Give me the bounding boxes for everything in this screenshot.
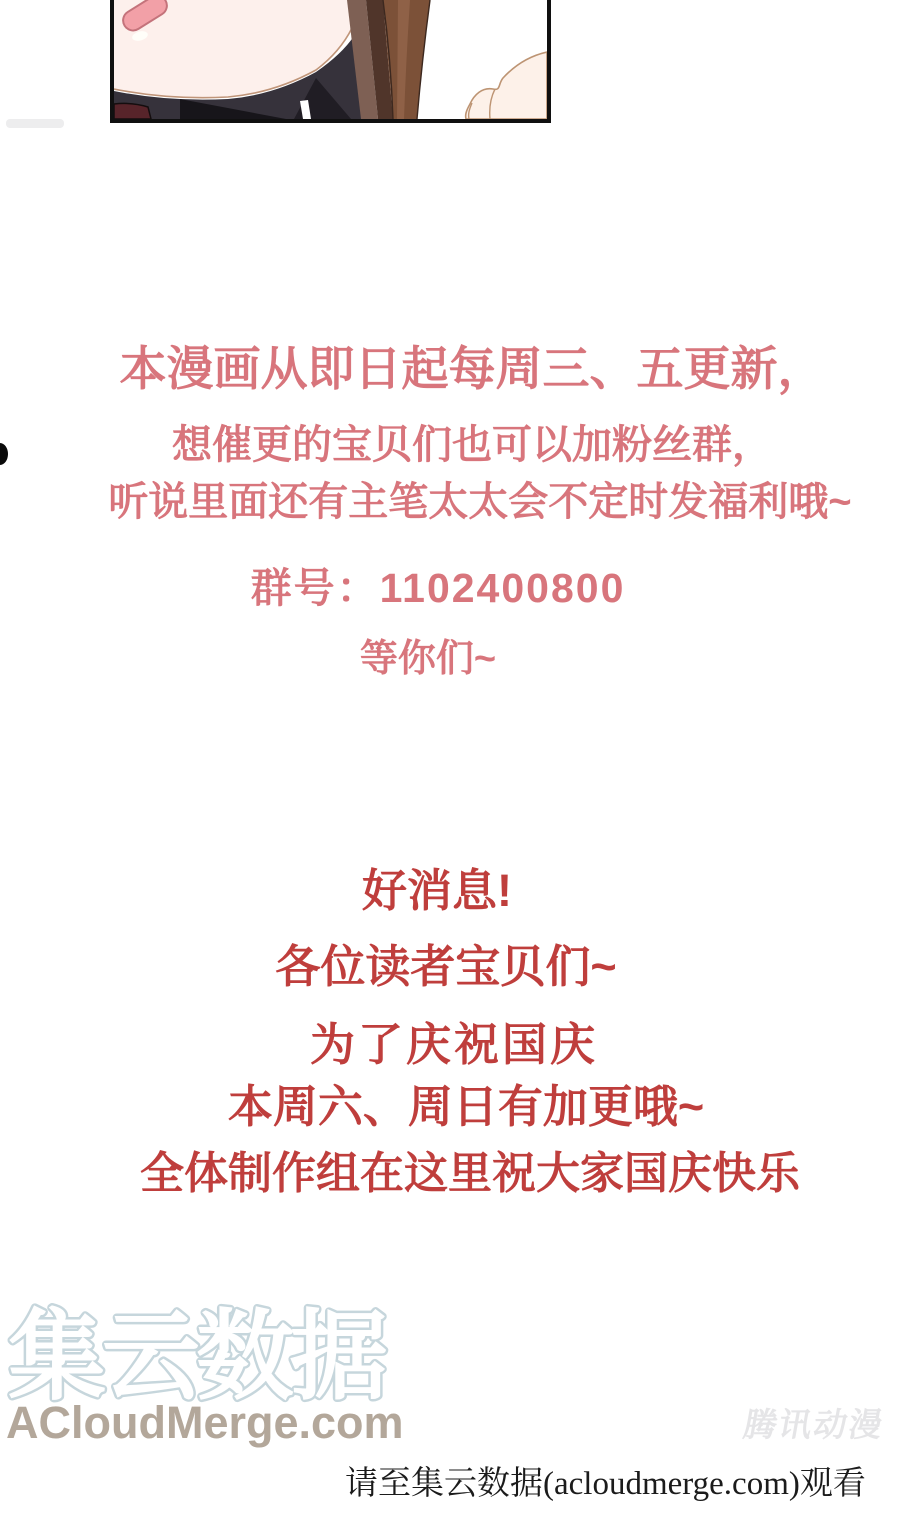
pink-announcement-closing: 等你们~ [0,640,858,678]
red-announcement-line-1: 好消息! [7,868,867,913]
red-announcement-line-2: 各位读者宝贝们~ [16,944,876,989]
red-announcement-line-4: 本周六、周日有加更哦~ [36,1084,896,1129]
tencent-comics-logo: 腾讯动漫 [741,1408,887,1441]
red-announcement-line-5: 全体制作组在这里祝大家国庆快乐 [40,1152,900,1196]
pink-announcement-line-3: 听说里面还有主笔太太会不定时发福利哦~ [50,482,900,522]
page-edge-mark [0,443,8,465]
group-number-line: 群号：1102400800 [8,568,868,609]
pink-announcement-line-2: 想催更的宝贝们也可以加粉丝群， [42,425,900,465]
hair-strands [347,0,430,119]
footer-note: 请至集云数据(acloudmerge.com)观看 [345,1466,866,1502]
watermark-en: ACloudMerge.com [6,1400,404,1445]
comic-panel [110,0,551,123]
character-artwork [114,0,547,119]
maroon-patch [114,103,151,119]
pink-announcement-line-1: 本漫画从即日起每周三、五更新， [42,345,900,392]
red-announcement-line-3: 为了庆祝国庆 [24,1022,884,1067]
paper-smudge [6,119,64,128]
